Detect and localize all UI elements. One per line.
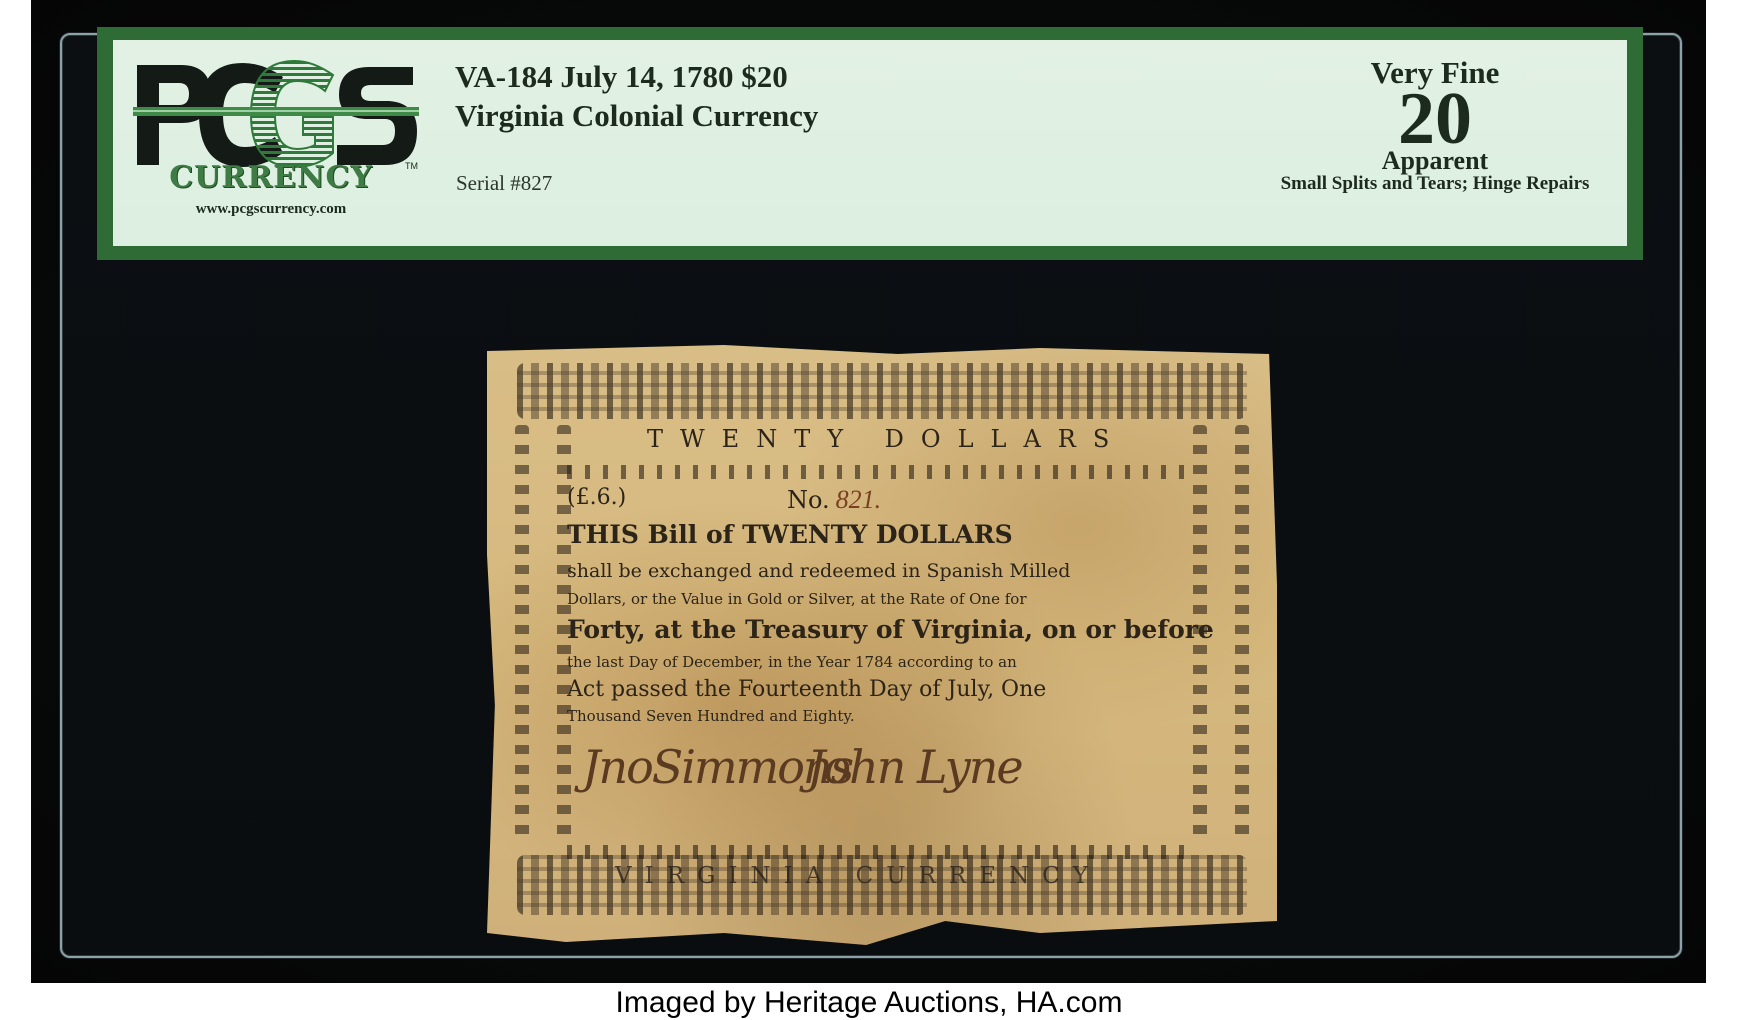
- note-text-line: Forty, at the Treasury of Virginia, on o…: [567, 615, 1214, 644]
- grade-details: Small Splits and Tears; Hinge Repairs: [1245, 173, 1625, 195]
- right-ornament-column: [1235, 425, 1249, 840]
- serial-number: Serial #827: [456, 171, 552, 196]
- image-credit: Imaged by Heritage Auctions, HA.com: [0, 986, 1738, 1020]
- currency-type: Virginia Colonial Currency: [455, 98, 818, 134]
- banknote: TWENTY DOLLARS (£.6.) No.821. THIS Bill …: [487, 345, 1277, 945]
- left-ornament-column: [515, 425, 529, 840]
- sterling-value: (£.6.): [567, 485, 626, 510]
- bottom-ornament-border: [517, 855, 1247, 915]
- grading-label-panel: CURRENCY TM www.pcgscurrency.com VA-184 …: [113, 40, 1627, 246]
- note-text-line: Dollars, or the Value in Gold or Silver,…: [567, 590, 1027, 608]
- note-text-line: THIS Bill of TWENTY DOLLARS: [567, 520, 1013, 549]
- note-text-line: Thousand Seven Hundred and Eighty.: [567, 707, 855, 725]
- grading-label: CURRENCY TM www.pcgscurrency.com VA-184 …: [97, 27, 1643, 260]
- catalog-title: VA-184 July 14, 1780 $20: [455, 59, 788, 95]
- fleur-de-lis-row: [567, 465, 1193, 479]
- grade-block: Very Fine 20 Apparent Small Splits and T…: [1245, 56, 1625, 195]
- number-label: No.: [787, 486, 830, 514]
- top-ornament-border: [517, 363, 1247, 419]
- note-text-line: Act passed the Fourteenth Day of July, O…: [567, 677, 1046, 702]
- signature-lyne: John Lyne: [807, 740, 1022, 794]
- note-text-line: the last Day of December, in the Year 17…: [567, 653, 1017, 671]
- pcgs-currency-wordmark: CURRENCY: [125, 160, 417, 195]
- note-text-line: shall be exchanged and redeemed in Spani…: [567, 560, 1070, 582]
- grade-number: 20: [1245, 87, 1625, 151]
- handwritten-serial: 821.: [836, 485, 882, 514]
- trademark-mark: TM: [405, 161, 418, 171]
- note-heading: TWENTY DOLLARS: [647, 425, 1126, 453]
- pcgs-logo-icon: [133, 55, 419, 173]
- note-number: No.821.: [787, 485, 881, 515]
- grade-qualifier: Apparent: [1245, 149, 1625, 173]
- pcgs-website: www.pcgscurrency.com: [125, 201, 417, 218]
